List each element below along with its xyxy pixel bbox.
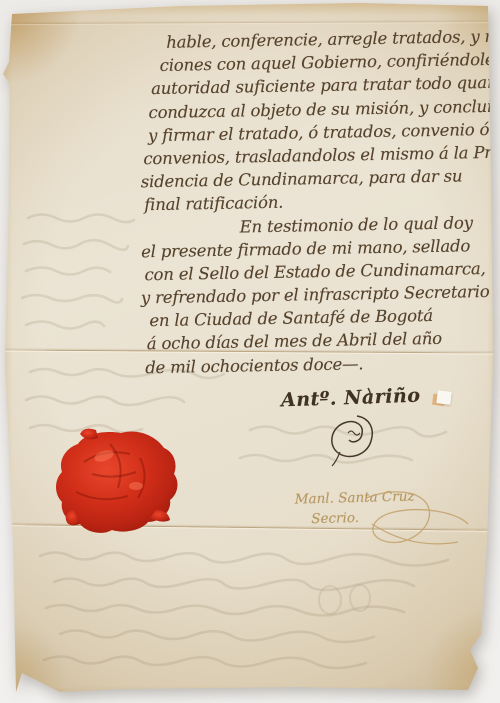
secretary-title: Secrio. — [295, 508, 415, 527]
secretary-name: Manl. Santa Cruz — [295, 488, 415, 507]
paper-sticker-remnant — [436, 390, 451, 405]
photographed-document: hable, conferencie, arregle tratados, y … — [0, 0, 500, 703]
signature-secretary: Manl. Santa Cruz Secrio. — [295, 488, 416, 527]
paper-shadow: hable, conferencie, arregle tratados, y … — [0, 0, 500, 703]
signature-antonio-narino: Antº. Nariño — [281, 385, 421, 412]
paragraph-testimony: En testimonio de lo qual doy el presente… — [139, 210, 490, 379]
manuscript-page: hable, conferencie, arregle tratados, y … — [0, 0, 500, 703]
fold-crease-lower — [0, 524, 500, 533]
manuscript-text-block: hable, conferencie, arregle tratados, y … — [136, 25, 490, 379]
paragraph-treaty-powers: hable, conferencie, arregle tratados, y … — [136, 25, 487, 217]
